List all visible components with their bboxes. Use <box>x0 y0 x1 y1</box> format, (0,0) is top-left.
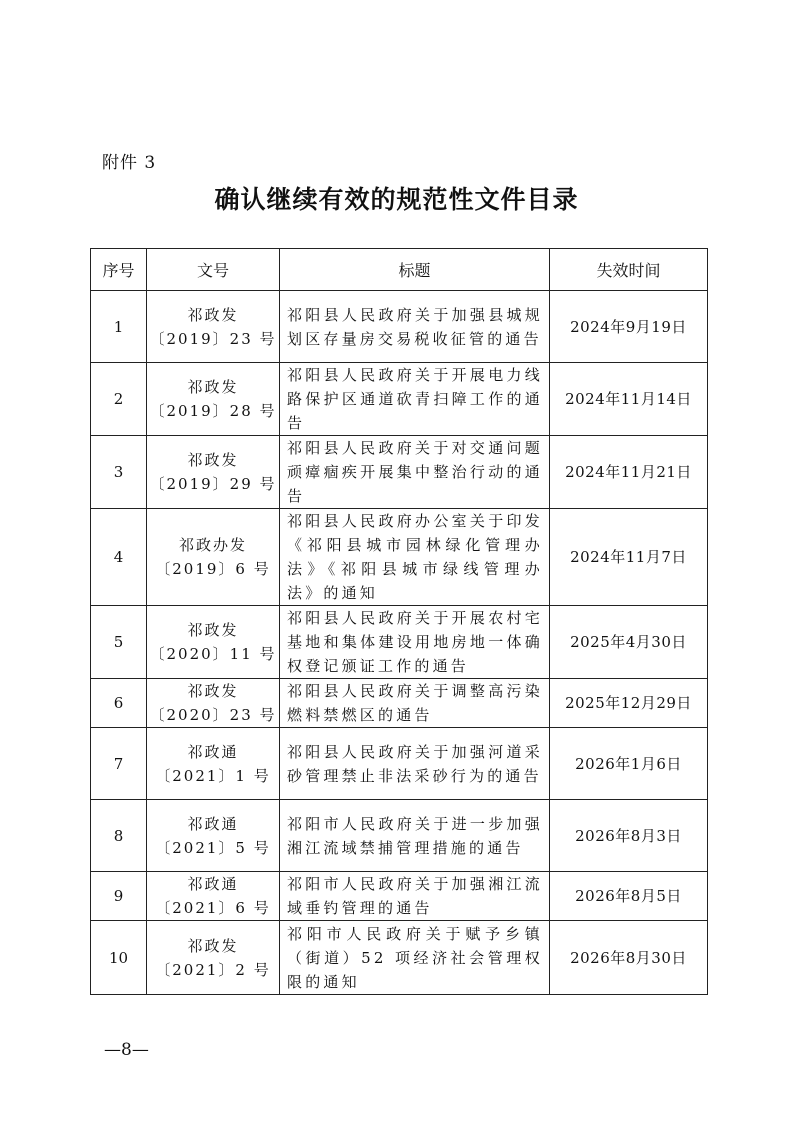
table-row: 4 祁政办发〔2019〕6 号 祁阳县人民政府办公室关于印发《祁阳县城市园林绿化… <box>91 509 708 606</box>
doc-type: 祁政发 <box>147 679 279 703</box>
doc-serial: 〔2019〕29 号 <box>147 472 279 496</box>
doc-serial: 〔2019〕28 号 <box>147 399 279 423</box>
page-number: —8— <box>104 1040 149 1060</box>
row-seq: 5 <box>91 606 147 679</box>
row-seq: 2 <box>91 363 147 436</box>
row-expiry: 2026年8月30日 <box>550 921 708 995</box>
row-doc-number: 祁政发〔2020〕11 号 <box>147 606 280 679</box>
doc-serial: 〔2019〕6 号 <box>147 557 279 581</box>
table-row: 6 祁政发〔2020〕23 号 祁阳县人民政府关于调整高污染燃料禁燃区的通告 2… <box>91 679 708 728</box>
row-title: 祁阳县人民政府关于调整高污染燃料禁燃区的通告 <box>280 679 550 728</box>
table-header-row: 序号 文号 标题 失效时间 <box>91 249 708 291</box>
doc-type: 祁政发 <box>147 618 279 642</box>
table-row: 2 祁政发〔2019〕28 号 祁阳县人民政府关于开展电力线路保护区通道砍青扫障… <box>91 363 708 436</box>
row-seq: 10 <box>91 921 147 995</box>
table-row: 5 祁政发〔2020〕11 号 祁阳县人民政府关于开展农村宅基地和集体建设用地房… <box>91 606 708 679</box>
row-expiry: 2026年8月5日 <box>550 872 708 921</box>
row-seq: 3 <box>91 436 147 509</box>
doc-serial: 〔2020〕11 号 <box>147 642 279 666</box>
row-doc-number: 祁政通〔2021〕5 号 <box>147 800 280 872</box>
row-expiry: 2024年9月19日 <box>550 291 708 363</box>
row-seq: 1 <box>91 291 147 363</box>
doc-serial: 〔2021〕5 号 <box>147 836 279 860</box>
row-title: 祁阳县人民政府关于对交通问题顽瘴痼疾开展集中整治行动的通告 <box>280 436 550 509</box>
row-seq: 9 <box>91 872 147 921</box>
doc-type: 祁政通 <box>147 872 279 896</box>
row-title: 祁阳市人民政府关于赋予乡镇（街道）52 项经济社会管理权限的通知 <box>280 921 550 995</box>
doc-type: 祁政发 <box>147 375 279 399</box>
table-row: 9 祁政通〔2021〕6 号 祁阳市人民政府关于加强湘江流域垂钓管理的通告 20… <box>91 872 708 921</box>
document-list-table: 序号 文号 标题 失效时间 1 祁政发〔2019〕23 号 祁阳县人民政府关于加… <box>90 248 708 995</box>
row-doc-number: 祁政通〔2021〕6 号 <box>147 872 280 921</box>
row-expiry: 2025年4月30日 <box>550 606 708 679</box>
attachment-label: 附件 3 <box>102 148 156 173</box>
row-title: 祁阳市人民政府关于加强湘江流域垂钓管理的通告 <box>280 872 550 921</box>
row-seq: 4 <box>91 509 147 606</box>
row-doc-number: 祁政发〔2021〕2 号 <box>147 921 280 995</box>
row-title: 祁阳县人民政府关于加强县城规划区存量房交易税收征管的通告 <box>280 291 550 363</box>
row-title: 祁阳县人民政府关于加强河道采砂管理禁止非法采砂行为的通告 <box>280 728 550 800</box>
document-title: 确认继续有效的规范性文件目录 <box>0 180 793 216</box>
row-title: 祁阳县人民政府关于开展农村宅基地和集体建设用地房地一体确权登记颁证工作的通告 <box>280 606 550 679</box>
header-expiry: 失效时间 <box>550 249 708 291</box>
row-seq: 6 <box>91 679 147 728</box>
doc-type: 祁政通 <box>147 812 279 836</box>
row-doc-number: 祁政发〔2020〕23 号 <box>147 679 280 728</box>
row-expiry: 2024年11月14日 <box>550 363 708 436</box>
row-expiry: 2026年8月3日 <box>550 800 708 872</box>
row-doc-number: 祁政发〔2019〕23 号 <box>147 291 280 363</box>
doc-serial: 〔2021〕2 号 <box>147 958 279 982</box>
doc-serial: 〔2019〕23 号 <box>147 327 279 351</box>
row-expiry: 2024年11月21日 <box>550 436 708 509</box>
row-title: 祁阳市人民政府关于进一步加强湘江流域禁捕管理措施的通告 <box>280 800 550 872</box>
row-title: 祁阳县人民政府办公室关于印发《祁阳县城市园林绿化管理办法》《祁阳县城市绿线管理办… <box>280 509 550 606</box>
row-doc-number: 祁政办发〔2019〕6 号 <box>147 509 280 606</box>
header-doc-number: 文号 <box>147 249 280 291</box>
row-doc-number: 祁政发〔2019〕29 号 <box>147 436 280 509</box>
doc-type: 祁政通 <box>147 740 279 764</box>
row-title: 祁阳县人民政府关于开展电力线路保护区通道砍青扫障工作的通告 <box>280 363 550 436</box>
doc-type: 祁政发 <box>147 448 279 472</box>
header-seq: 序号 <box>91 249 147 291</box>
table-row: 8 祁政通〔2021〕5 号 祁阳市人民政府关于进一步加强湘江流域禁捕管理措施的… <box>91 800 708 872</box>
row-expiry: 2026年1月6日 <box>550 728 708 800</box>
doc-type: 祁政发 <box>147 934 279 958</box>
row-expiry: 2025年12月29日 <box>550 679 708 728</box>
row-doc-number: 祁政通〔2021〕1 号 <box>147 728 280 800</box>
doc-serial: 〔2020〕23 号 <box>147 703 279 727</box>
doc-type: 祁政办发 <box>147 533 279 557</box>
table-row: 7 祁政通〔2021〕1 号 祁阳县人民政府关于加强河道采砂管理禁止非法采砂行为… <box>91 728 708 800</box>
row-seq: 7 <box>91 728 147 800</box>
row-doc-number: 祁政发〔2019〕28 号 <box>147 363 280 436</box>
doc-type: 祁政发 <box>147 303 279 327</box>
table-row: 10 祁政发〔2021〕2 号 祁阳市人民政府关于赋予乡镇（街道）52 项经济社… <box>91 921 708 995</box>
table-row: 1 祁政发〔2019〕23 号 祁阳县人民政府关于加强县城规划区存量房交易税收征… <box>91 291 708 363</box>
row-expiry: 2024年11月7日 <box>550 509 708 606</box>
row-seq: 8 <box>91 800 147 872</box>
doc-serial: 〔2021〕1 号 <box>147 764 279 788</box>
doc-serial: 〔2021〕6 号 <box>147 896 279 920</box>
table-row: 3 祁政发〔2019〕29 号 祁阳县人民政府关于对交通问题顽瘴痼疾开展集中整治… <box>91 436 708 509</box>
header-title: 标题 <box>280 249 550 291</box>
